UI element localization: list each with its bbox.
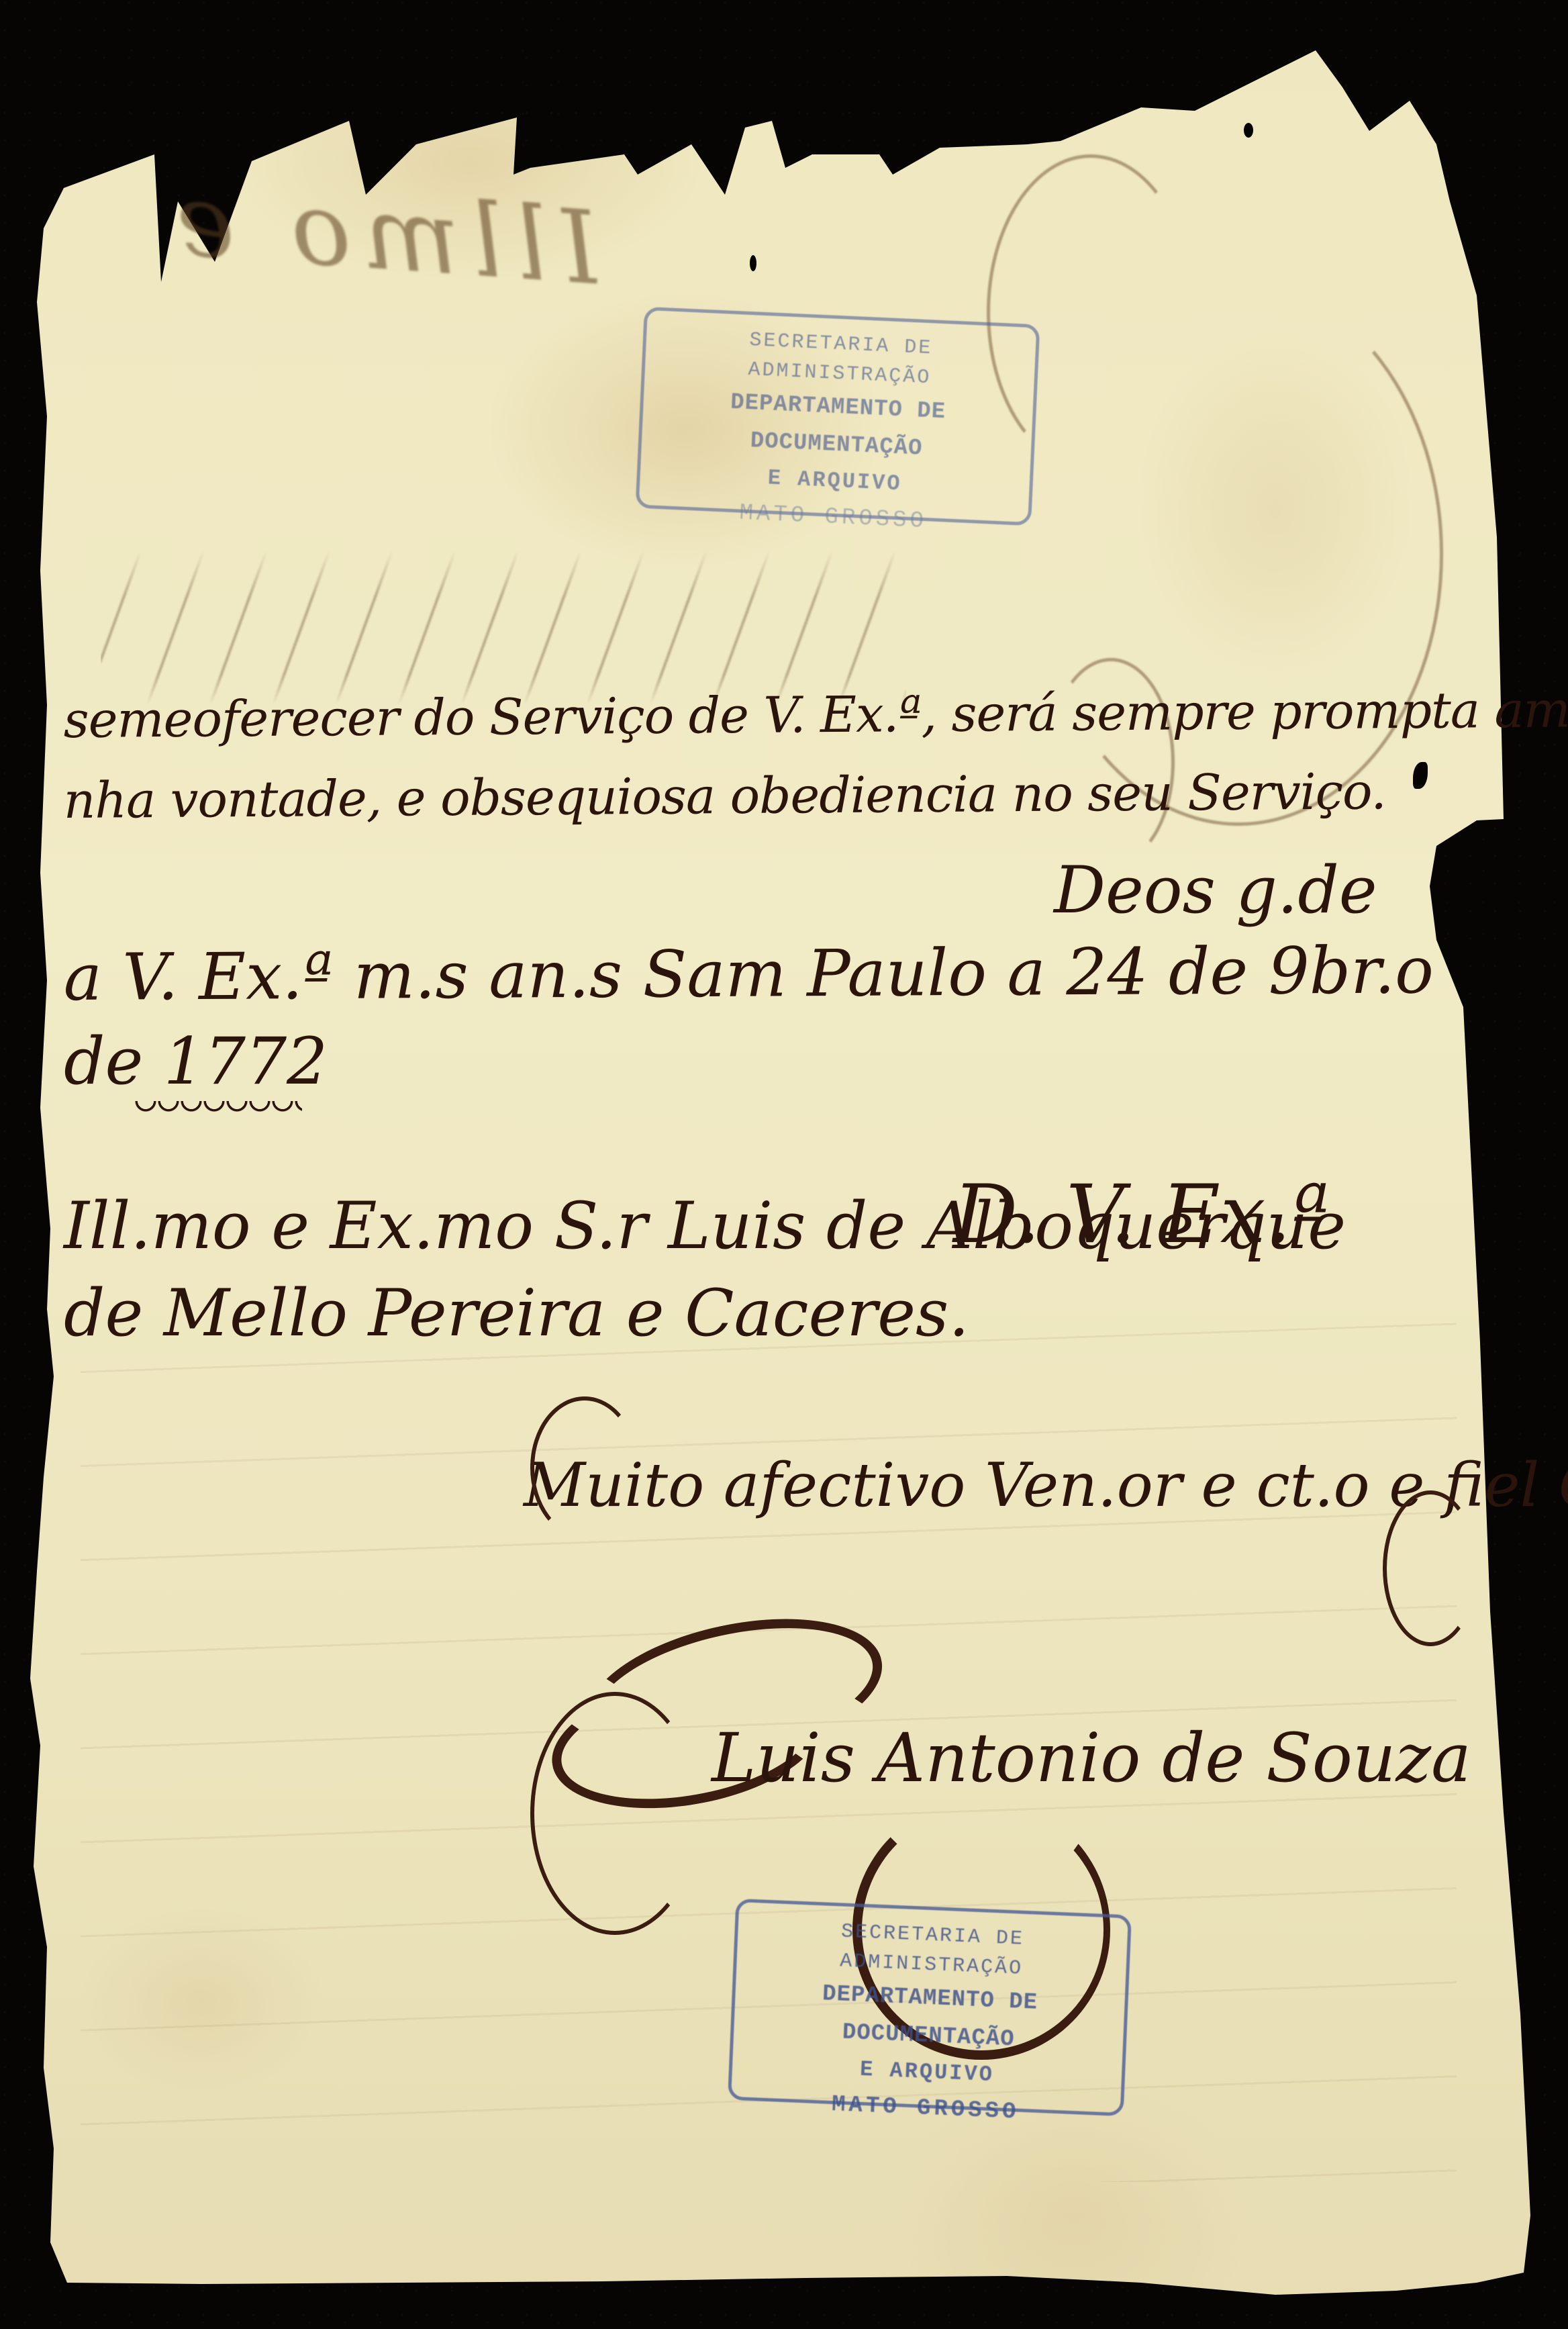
address-right: D. V. Ex.ª [953,1168,1330,1262]
letter-body-line-1: semeoferecer do Serviço de V. Ex.ª, será… [63,681,1568,749]
archive-stamp-top: SECRETARIA DE ADMINISTRAÇÃO DEPARTAMENTO… [635,307,1040,526]
bleed-through-strokes [101,551,906,705]
signature-loop-left [530,1692,699,1935]
paper-hole [750,255,756,271]
letter-body-line-2: nha vontade, e obsequiosa obediencia no … [63,763,1386,830]
paper-hole [1244,123,1253,138]
dateline-year: de 1772 [64,1024,328,1099]
valediction-flourish-c [1383,1490,1478,1646]
valediction-flourish-m [530,1396,639,1539]
addressee-line-2: de Mello Pereira e Caceres. [64,1276,969,1351]
signature: Luis Antonio de Souza [712,1719,1471,1797]
year-underline-flourish [134,1101,302,1116]
dateline: a V. Ex.ª m.s an.s Sam Paulo a 24 de 9br… [63,933,1434,1015]
archive-stamp-bottom: SECRETARIA DE ADMINISTRAÇÃO DEPARTAMENTO… [728,1899,1132,2116]
closing-blessing: Deos g.de [1054,853,1377,928]
mirrored-bleed-through-heading: Illmo e Exmo Snr [121,158,603,379]
